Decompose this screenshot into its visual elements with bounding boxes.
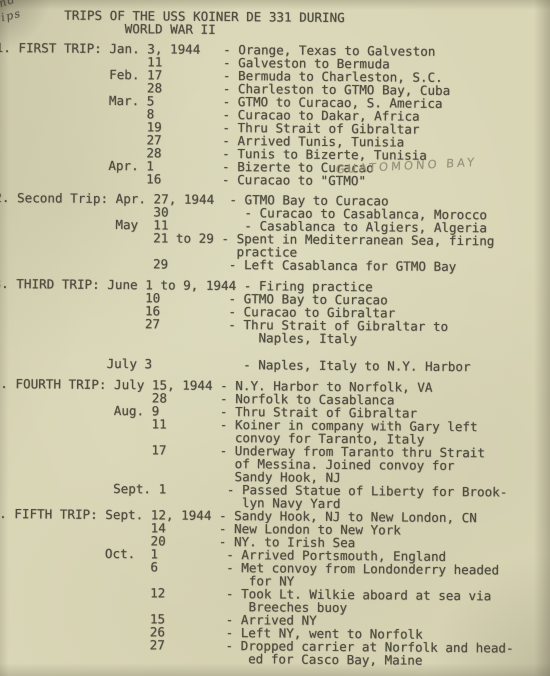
- photographed-document: TRIPS OF THE USS KOINER DE 331 DURING WO…: [0, 0, 550, 676]
- typed-sheet: TRIPS OF THE USS KOINER DE 331 DURING WO…: [0, 8, 550, 668]
- typed-text: TRIPS OF THE USS KOINER DE 331 DURING WO…: [0, 8, 550, 668]
